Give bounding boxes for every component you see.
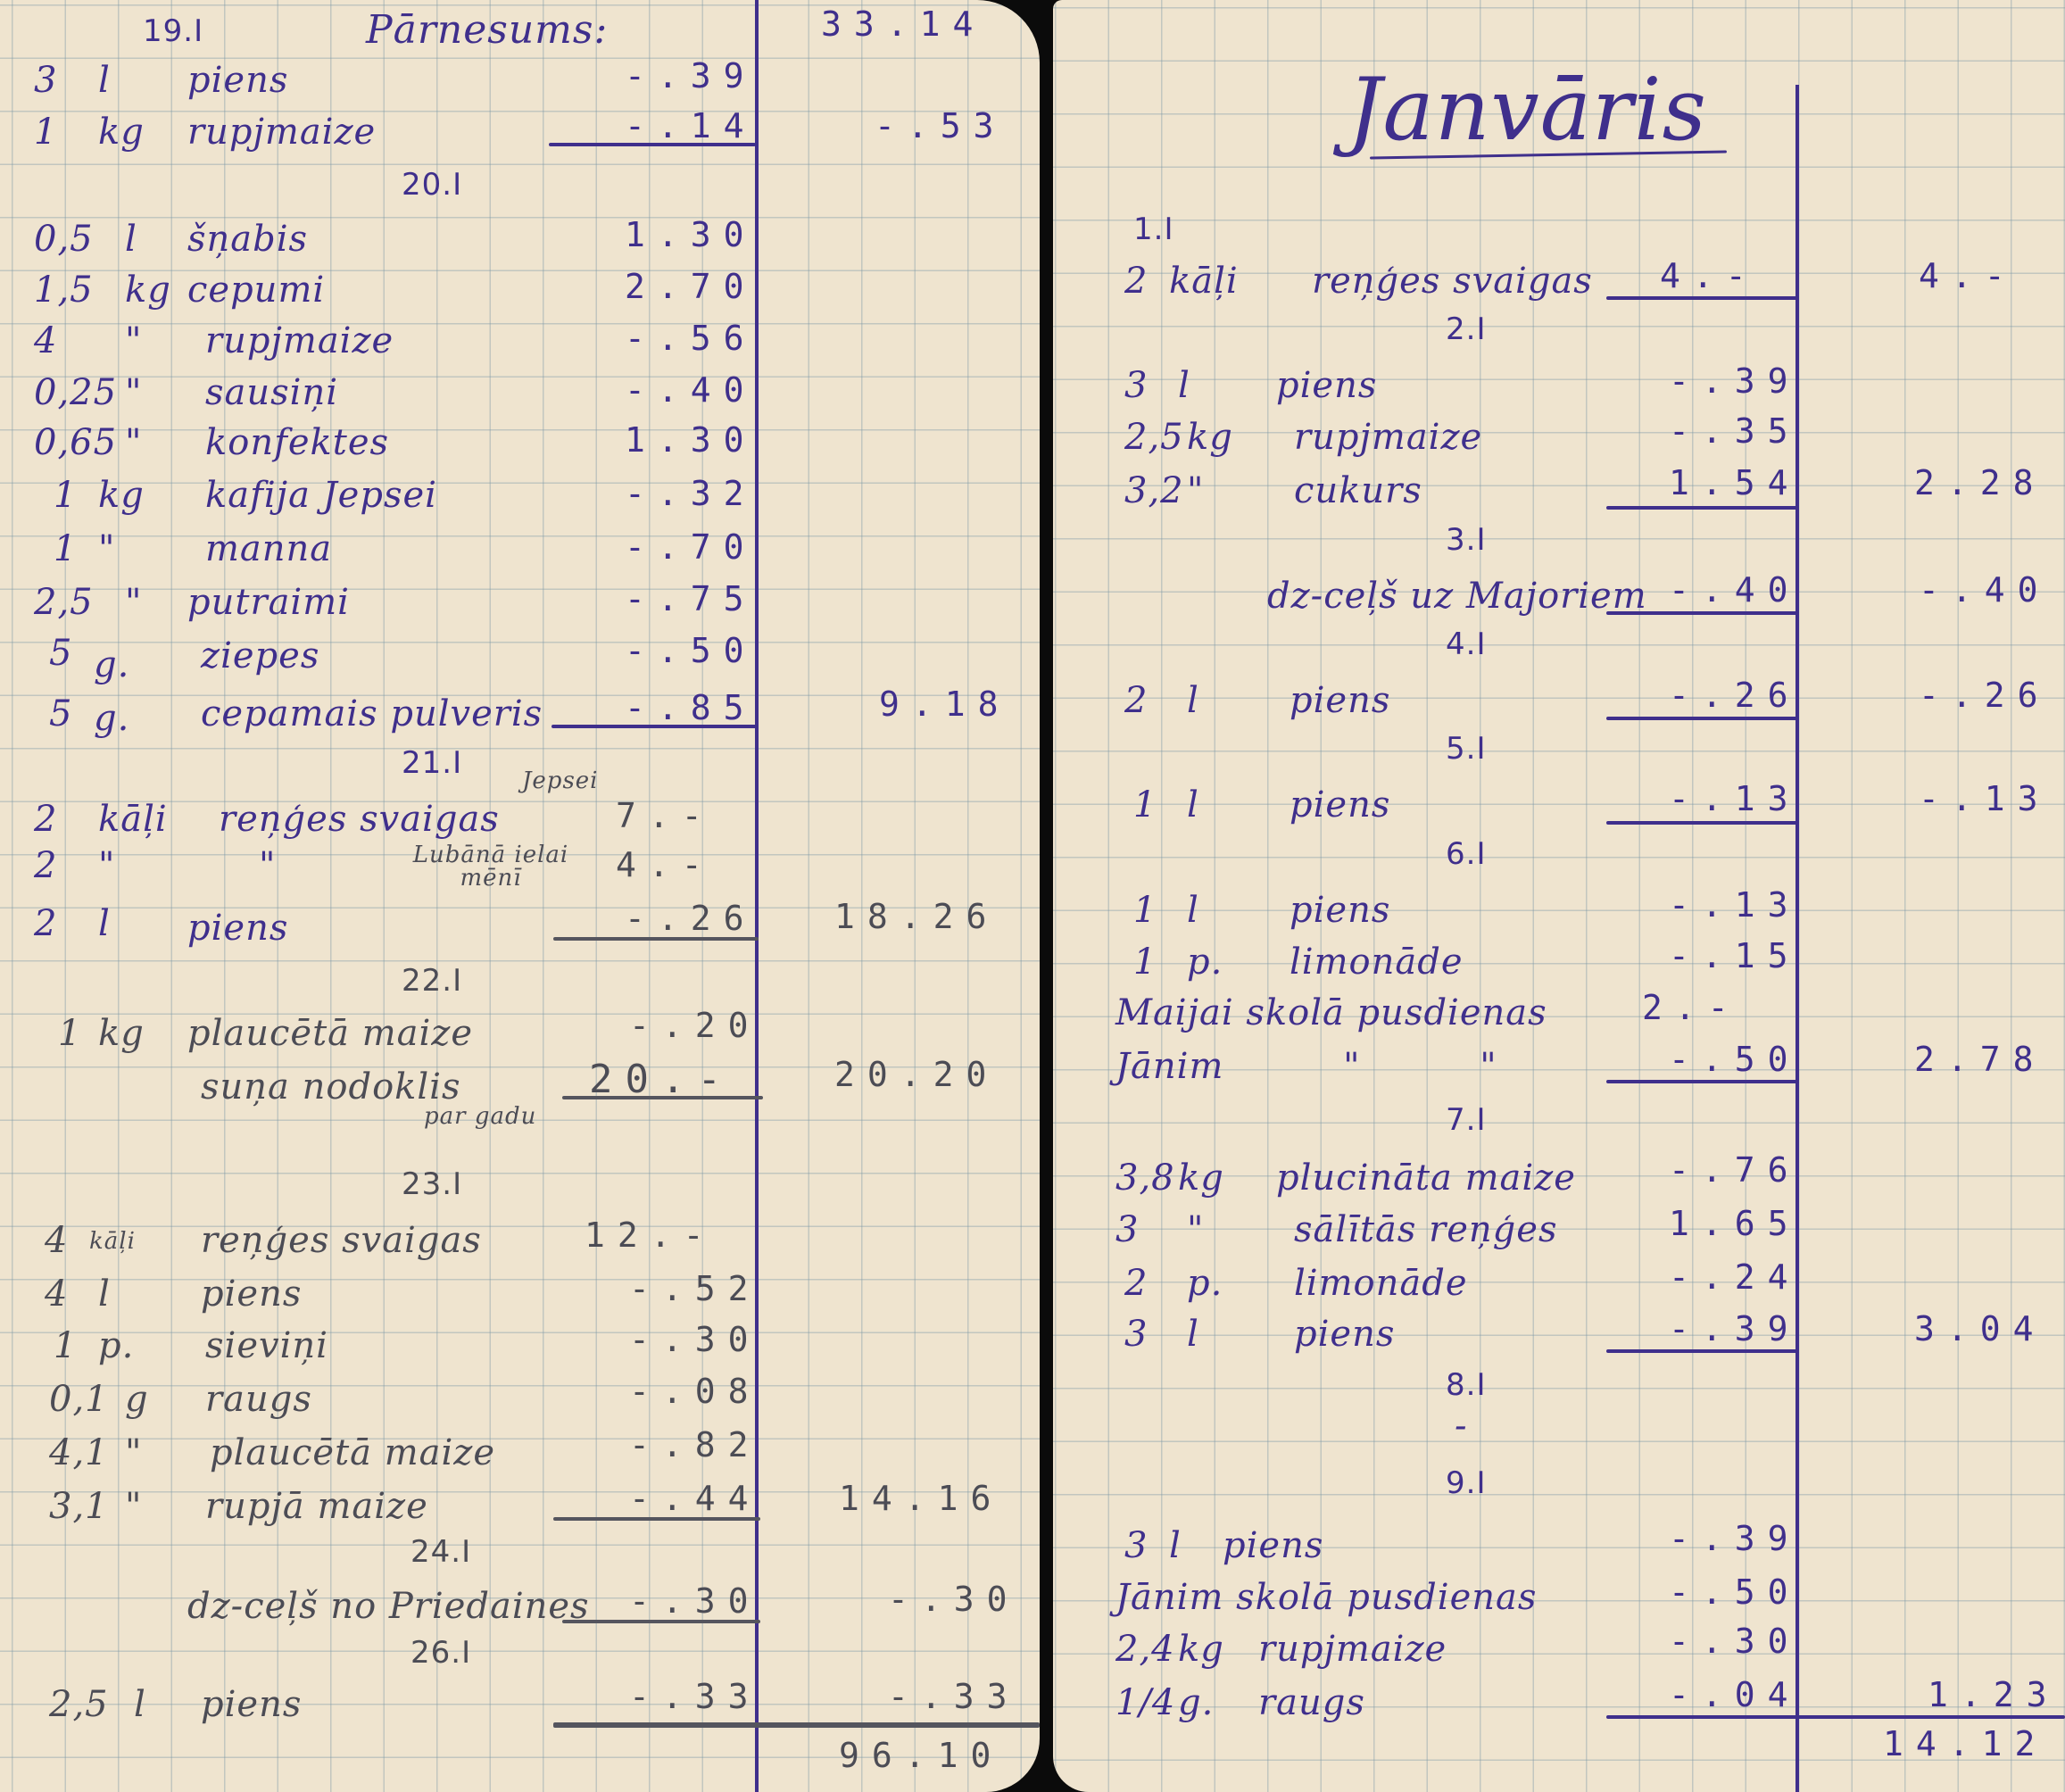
entry-unit: g [125, 1381, 149, 1417]
entry-unit: p. [98, 1328, 134, 1364]
entry-amount: -.76 [1669, 1153, 1801, 1187]
entry-item: piens [1276, 368, 1377, 403]
date-label: 1.I [1133, 214, 1173, 245]
entry-unit: " [1187, 1212, 1204, 1248]
entry-item: raugs [205, 1381, 312, 1417]
entry-item: piens [187, 62, 288, 98]
entry-unit: kg [98, 1016, 145, 1051]
entry-qty: 3 [1115, 1212, 1139, 1248]
entry-qty: 1 [54, 477, 77, 513]
date-label: 20.I [402, 170, 462, 200]
entry-amount: 20.- [589, 1060, 734, 1099]
sum-underline [562, 1620, 760, 1623]
entry-amount: -.85 [625, 691, 757, 725]
entry-qty: 3,8 [1115, 1160, 1175, 1196]
entry-qty: 2 [1124, 683, 1148, 718]
entry-item: reņģes svaigas [219, 801, 500, 837]
entry-note: par gadu [424, 1105, 536, 1128]
entry-amount: 12.- [585, 1218, 717, 1252]
entry-item: Maijai skolā pusdienas [1115, 995, 1547, 1031]
entry-qty: 0,25 [34, 375, 117, 411]
day-subtotal: 9.18 [879, 687, 1011, 721]
date-label: 8.I [1446, 1370, 1486, 1400]
entry-amount: -.70 [625, 530, 757, 564]
entry-amount: 2.- [1642, 991, 1741, 1025]
carried-forward-label: Pārnesums: [366, 11, 608, 50]
day-subtotal: 4.- [1919, 259, 2018, 293]
entry-qty: 3 [1124, 1316, 1148, 1352]
entry-item: dz-ceļš no Priedaines [187, 1589, 590, 1624]
date-label: 26.I [411, 1638, 471, 1668]
entry-amount: -.56 [625, 321, 757, 355]
sum-underline [1606, 611, 1798, 615]
entry-unit: p. [1187, 1265, 1223, 1301]
entry-qty: 1 [58, 1016, 81, 1051]
entry-item: reņģes svaigas [201, 1223, 482, 1258]
entry-qty: 2,5 [34, 585, 94, 620]
entry-amount: -.40 [1669, 573, 1801, 607]
entry-unit: l [1169, 1528, 1182, 1564]
entry-amount: -.52 [629, 1272, 761, 1306]
entry-qty: 5 [49, 696, 72, 732]
entry-unit: kg [98, 477, 145, 513]
entry-qty: 2 [34, 801, 57, 837]
entry-qty: 2 [1124, 1265, 1148, 1301]
entry-amount: -.15 [1669, 939, 1801, 973]
entry-amount: -.82 [629, 1428, 761, 1462]
left-ledger-page: 19.I Pārnesums: 33.14 3 l piens -.39 1 k… [0, 0, 1040, 1792]
right-ledger-page: Janvāris 1.I 2 kāļi reņģes svaigas 4.- 4… [1053, 0, 2065, 1792]
entry-qty: 0,65 [34, 425, 117, 460]
entry-qty: 4 [45, 1276, 68, 1312]
entry-amount: -.26 [1669, 678, 1801, 712]
entry-amount: -.35 [1669, 414, 1801, 448]
entry-qty: 3 [1124, 1528, 1148, 1564]
total-underline [1606, 1715, 2065, 1719]
entry-amount: 1.54 [1669, 466, 1801, 500]
entry-unit: " [125, 425, 142, 460]
entry-amount: -.39 [1669, 1312, 1801, 1346]
date-label: 21.I [402, 748, 462, 778]
entry-unit: kg [1178, 1160, 1224, 1196]
entry-unit: " [125, 585, 142, 620]
entry-item: piens [1290, 787, 1390, 823]
day-subtotal: 18.26 [834, 900, 999, 933]
entry-item: cepamais pulveris [201, 696, 543, 732]
entry-qty: 3,2 [1124, 473, 1184, 509]
sum-underline [1606, 821, 1798, 825]
entry-qty: 1 [1133, 787, 1157, 823]
entry-qty: 2 [34, 906, 57, 942]
date-label: 19.I [143, 16, 203, 46]
entry-amount: -.13 [1669, 782, 1801, 816]
day-subtotal: -.30 [888, 1582, 1020, 1616]
entry-qty: 3,1 [49, 1489, 109, 1524]
entry-amount: -.30 [629, 1584, 761, 1618]
entry-item: piens [1294, 1316, 1395, 1352]
entry-amount: -.32 [625, 477, 757, 510]
carried-forward-value: 33.14 [821, 7, 985, 41]
entry-amount: 1.30 [625, 218, 757, 252]
day-subtotal: 20.20 [834, 1058, 999, 1091]
entry-item: sausiņi [205, 375, 338, 411]
entry-amount: -.44 [629, 1481, 761, 1515]
entry-unit: l [1187, 1316, 1199, 1352]
entry-unit: g. [94, 701, 129, 736]
entry-item: sieviņi [205, 1328, 328, 1364]
date-label: 23.I [402, 1169, 462, 1199]
entry-item: suņa nodoklis [201, 1069, 461, 1105]
entry-item: sālītās reņģes [1294, 1212, 1557, 1248]
entry-qty: 0,1 [49, 1381, 109, 1417]
day-subtotal: 2.28 [1914, 466, 2046, 500]
entry-unit: " [98, 848, 115, 884]
entry-unit: kg [1178, 1631, 1224, 1667]
date-label: 3.I [1446, 525, 1486, 555]
entry-note: Lubānā ielai mēnī [393, 843, 589, 890]
entry-qty: 1 [34, 114, 57, 150]
entry-item: piens [1223, 1528, 1323, 1564]
entry-amount: 4.- [616, 848, 715, 882]
entry-item: piens [1290, 892, 1390, 928]
entry-amount: -.26 [625, 901, 757, 935]
entry-qty: 1 [54, 1328, 77, 1364]
entry-qty: 0,5 [34, 221, 94, 257]
entry-qty: 1,5 [34, 272, 94, 308]
entry-amount: -.50 [625, 634, 757, 668]
entry-amount: -.50 [1669, 1042, 1801, 1076]
entry-item: Jānim " " [1115, 1049, 1497, 1084]
entry-item: cukurs [1294, 473, 1422, 509]
entry-item: reņģes svaigas [1312, 263, 1593, 299]
total-underline [553, 1722, 1040, 1728]
entry-item: plucināta maize [1276, 1160, 1576, 1196]
day-subtotal: -.33 [888, 1680, 1020, 1713]
entry-item: ziepes [201, 638, 319, 674]
entry-item: limonāde [1290, 944, 1463, 980]
entry-unit: kāļi [98, 801, 168, 837]
entry-item: putraimi [187, 585, 350, 620]
entry-unit: l [98, 1276, 111, 1312]
entry-item: rupjmaize [1294, 419, 1482, 455]
entry-unit: kāļi [1169, 263, 1239, 299]
date-label: 7.I [1446, 1105, 1486, 1135]
entry-item: rupjmaize [187, 114, 376, 150]
sum-underline [1606, 506, 1798, 510]
month-title: Janvāris [1348, 67, 1707, 153]
entry-qty: 2,4 [1115, 1631, 1175, 1667]
entry-unit: l [1187, 892, 1199, 928]
sum-underline [1606, 296, 1798, 300]
sum-underline [553, 937, 759, 941]
entry-unit: l [134, 1687, 146, 1722]
entry-qty: 4,1 [49, 1435, 109, 1471]
day-subtotal: -.13 [1919, 782, 2051, 816]
entry-amount: -.39 [1669, 1522, 1801, 1556]
entry-amount: -.75 [625, 582, 757, 616]
entry-item: plaucētā maize [210, 1435, 495, 1471]
date-label: 6.I [1446, 839, 1486, 869]
day-subtotal: 3.04 [1914, 1312, 2046, 1346]
entry-amount: 4.- [1660, 259, 1759, 293]
entry-amount: -.13 [1669, 888, 1801, 922]
entry-item: piens [187, 910, 288, 946]
entry-item: rupjmaize [205, 323, 394, 359]
entry-unit: p. [1187, 944, 1223, 980]
entry-amount: -.04 [1669, 1678, 1801, 1712]
entry-amount: -.30 [1669, 1624, 1801, 1658]
entry-note: Jepsei [522, 769, 599, 792]
entry-item: piens [1290, 683, 1390, 718]
entry-unit: l [98, 906, 111, 942]
entry-amount: 2.70 [625, 270, 757, 303]
entry-item: manna [205, 531, 332, 567]
entry-amount: 7.- [616, 799, 715, 833]
date-label: 9.I [1446, 1468, 1486, 1498]
date-label: 5.I [1446, 734, 1486, 764]
entry-item: dz-ceļš uz Majoriem [1267, 578, 1647, 614]
entry-unit: " [125, 1435, 142, 1471]
entry-qty: 1 [1133, 944, 1157, 980]
date-label: 2.I [1446, 314, 1486, 344]
day-subtotal: -.26 [1919, 678, 2051, 712]
entry-item: rupjā maize [205, 1489, 428, 1524]
sum-underline [551, 725, 757, 728]
day-subtotal: 1.23 [1928, 1678, 2060, 1712]
entry-unit: l [98, 62, 111, 98]
day-subtotal: -.53 [875, 109, 1007, 143]
entry-amount: -.39 [1669, 364, 1801, 398]
entry-qty: 2 [1124, 263, 1148, 299]
entry-qty: 1 [1133, 892, 1157, 928]
date-label: 24.I [411, 1537, 471, 1567]
entry-amount: -.14 [625, 109, 757, 143]
entry-item: plaucētā maize [187, 1016, 473, 1051]
entry-item: rupjmaize [1258, 1631, 1447, 1667]
day-subtotal: 2.78 [1914, 1042, 2046, 1076]
entry-item: cepumi [187, 272, 325, 308]
entry-item: raugs [1258, 1685, 1365, 1721]
entry-item: kafija Jepsei [205, 477, 437, 513]
entry-amount: -.30 [629, 1323, 761, 1356]
entry-unit: " [98, 531, 115, 567]
entry-amount: -.50 [1669, 1575, 1801, 1609]
entry-qty: 2 [34, 848, 57, 884]
entry-item: piens [201, 1687, 302, 1722]
entry-amount: 1.30 [625, 423, 757, 457]
entry-unit: g. [1178, 1685, 1214, 1721]
sum-underline [553, 1517, 760, 1521]
entry-item: piens [201, 1276, 302, 1312]
entry-item: konfektes [205, 425, 389, 460]
page-total: 96.10 [839, 1738, 1003, 1772]
entry-unit: kg [125, 272, 171, 308]
entry-qty: 3 [1124, 368, 1148, 403]
entry-unit: " [1187, 473, 1204, 509]
date-label: 22.I [402, 966, 462, 996]
entry-qty: 4 [34, 323, 57, 359]
entry-unit: l [1178, 368, 1190, 403]
page-total: 14.12 [1883, 1727, 2047, 1761]
sum-underline [549, 143, 756, 146]
entry-item: šņabis [187, 221, 308, 257]
date-label: 4.I [1446, 629, 1486, 660]
entry-unit: kg [98, 114, 145, 150]
entry-qty: 3 [34, 62, 57, 98]
day-subtotal: 14.16 [839, 1481, 1003, 1515]
day-subtotal: -.40 [1919, 573, 2051, 607]
entry-qty: 2,5 [1124, 419, 1184, 455]
entry-qty: 2,5 [49, 1687, 109, 1722]
entry-qty: 1/4 [1115, 1685, 1175, 1721]
entry-unit: g. [94, 647, 129, 683]
entry-amount: -.39 [625, 59, 757, 93]
entry-amount: -.40 [625, 373, 757, 407]
entry-unit: l [1187, 683, 1199, 718]
entry-amount: -.08 [629, 1374, 761, 1408]
entry-qty: 1 [54, 531, 77, 567]
sum-underline [562, 1096, 763, 1099]
entry-qty: 5 [49, 635, 72, 671]
entry-amount: 1.65 [1669, 1207, 1801, 1240]
sum-underline [1606, 1080, 1798, 1083]
entry-amount: -.24 [1669, 1260, 1801, 1294]
entry-amount: -.20 [629, 1008, 761, 1042]
entry-unit: " [125, 375, 142, 411]
entry-unit: l [1187, 787, 1199, 823]
entry-qty: 4 [45, 1223, 68, 1258]
entry-item: Jānim skolā pusdienas [1115, 1580, 1537, 1615]
entry-unit: l [125, 221, 137, 257]
entry-unit: " [125, 1489, 142, 1524]
entry-unit: " [125, 323, 142, 359]
entry-item: - [1455, 1408, 1468, 1444]
entry-unit: kg [1187, 419, 1233, 455]
entry-unit: kāļi [89, 1230, 136, 1253]
entry-amount: -.33 [629, 1680, 761, 1713]
entry-item: limonāde [1294, 1265, 1467, 1301]
entry-item: " [259, 848, 276, 884]
sum-underline [1606, 1349, 1798, 1353]
sum-underline [1606, 717, 1798, 720]
